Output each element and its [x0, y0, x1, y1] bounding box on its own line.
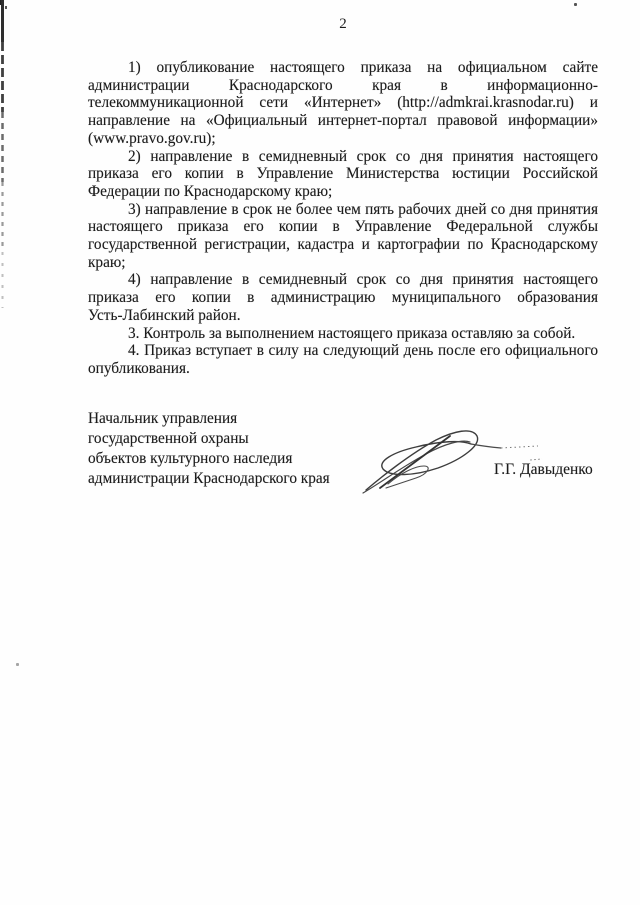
text-line: (www.pravo.gov.ru); — [88, 130, 598, 148]
text-line: администрации Краснодарского края в инфо… — [88, 77, 598, 95]
scan-artifact-left-edge — [0, 0, 10, 320]
signatory-name: Г.Г. Давыденко — [494, 461, 593, 479]
signatory-title-line: объектов культурного наследия — [88, 449, 330, 469]
text-line: 4. Приказ вступает в силу на следующий д… — [88, 342, 598, 360]
scan-speck-left — [16, 663, 19, 666]
document-body: 1) опубликование настоящего приказа на о… — [88, 59, 598, 378]
text-line: государственной регистрации, кадастра и … — [88, 236, 598, 254]
text-line: Федерации по Краснодарскому краю; — [88, 183, 598, 201]
text-line: приказа его копии в администрацию муници… — [88, 289, 598, 307]
scan-speck-top-right — [574, 3, 577, 6]
signatory-title-line: государственной охраны — [88, 429, 330, 449]
text-line: краю; — [88, 254, 598, 272]
text-line: направление на «Официальный интернет-пор… — [88, 112, 598, 130]
document-page: 2 1) опубликование настоящего приказа на… — [0, 0, 640, 905]
text-line: 3) направление в срок не более чем пять … — [88, 201, 598, 219]
signatory-title: Начальник управлениягосударственной охра… — [88, 409, 330, 489]
text-line: 3. Контроль за выполнением настоящего пр… — [88, 325, 598, 343]
text-line: Усть-Лабинский район. — [88, 307, 598, 325]
signatory-title-line: Начальник управления — [88, 409, 330, 429]
text-line: 1) опубликование настоящего приказа на о… — [88, 59, 598, 77]
text-line: приказа его копии в Управление Министерс… — [88, 165, 598, 183]
signature-handwritten — [358, 414, 550, 498]
text-line: телекоммуникационной сети «Интернет» (ht… — [88, 94, 598, 112]
text-line: 4) направление в семидневный срок со дня… — [88, 271, 598, 289]
page-number: 2 — [88, 16, 598, 33]
signatory-title-line: администрации Краснодарского края — [88, 469, 330, 489]
text-line: опубликования. — [88, 360, 598, 378]
text-line: 2) направление в семидневный срок со дня… — [88, 148, 598, 166]
text-line: настоящего приказа его копии в Управлени… — [88, 218, 598, 236]
